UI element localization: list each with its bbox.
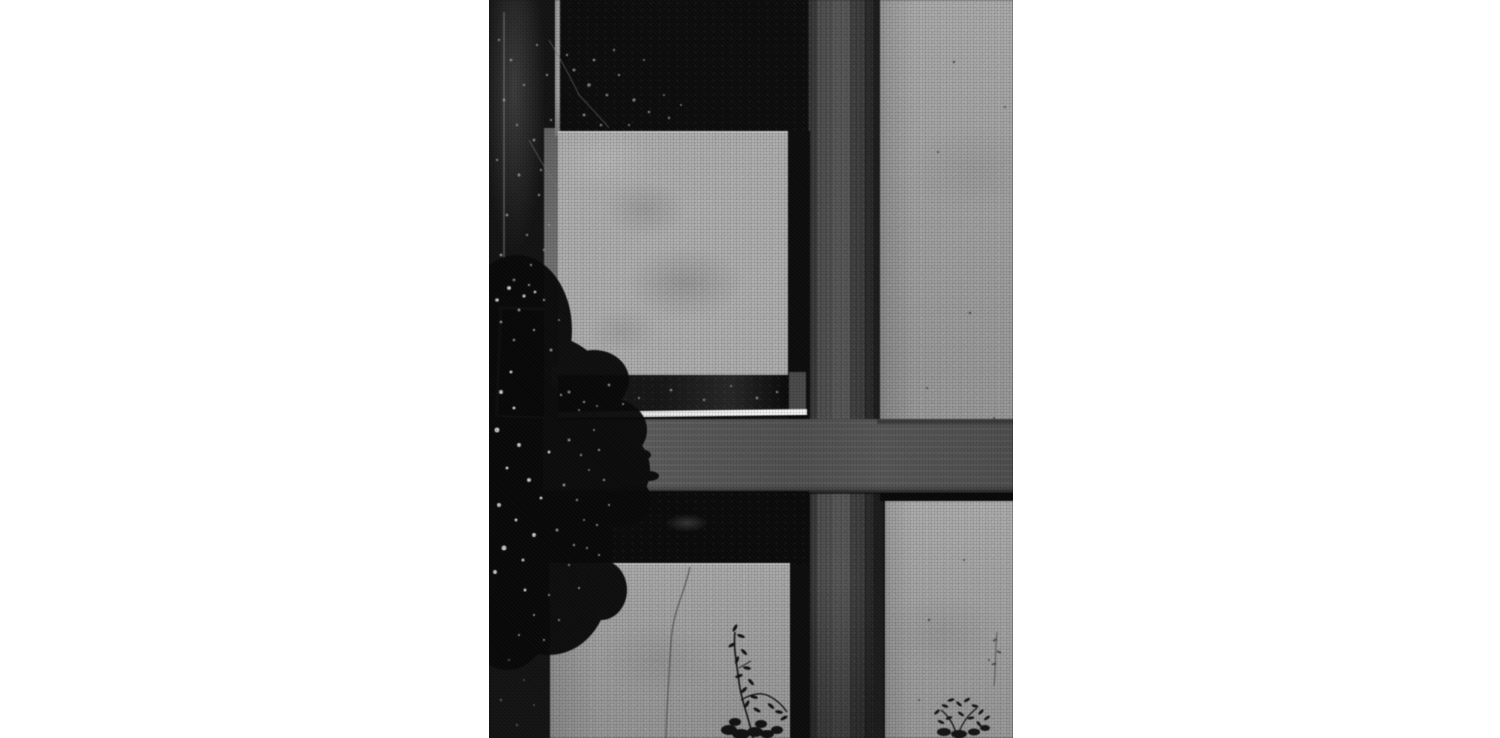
void-foliage-speckles (566, 49, 682, 127)
shrub-foliage (489, 255, 659, 670)
sprig-leaves (721, 624, 788, 738)
foliage-and-detail-overlay (489, 0, 1013, 738)
page (0, 0, 1500, 738)
branch-sprig-center (721, 624, 788, 738)
photo-scene (489, 0, 1013, 738)
facade-photograph (489, 0, 1013, 738)
branch-sprig-right (933, 632, 1001, 738)
twig-lines (529, 40, 609, 190)
panel-flecks (918, 61, 1006, 701)
panel-crack (666, 567, 690, 738)
upper-left-foliage-speckles (496, 39, 552, 282)
